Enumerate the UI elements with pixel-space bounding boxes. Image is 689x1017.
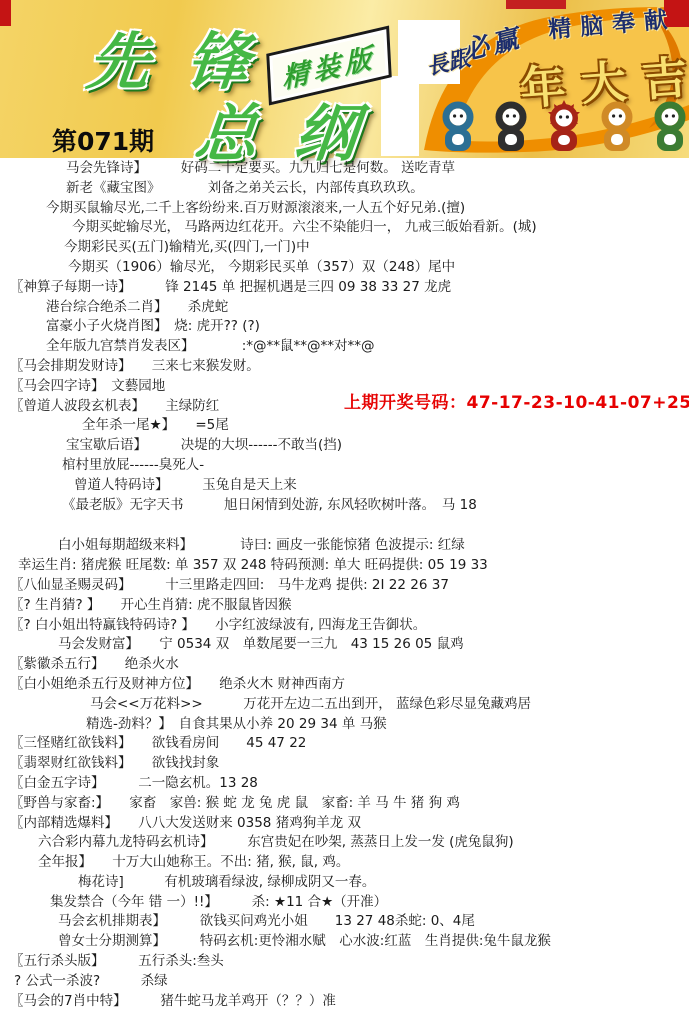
tips-text-block: 马会先锋诗】 好码二十定要买。九九归七是何数。 送吃青草 新老《藏宝图》 刘备之…: [10, 159, 689, 1011]
text-row: 宝宝歇后语】 决堤的大坝------不敢当(挡): [10, 436, 689, 456]
white-patch: [381, 76, 419, 156]
text-row: 今期买鼠输尽光,二千上客纷纷来.百万财源滚滚来,一人五个好兄弟.(擅): [10, 199, 689, 219]
text-row: 梅花诗] 有机玻璃看绿波, 绿柳成阴又一春。: [10, 873, 689, 893]
text-row: 六合彩内幕九龙特码玄机诗】 东宫贵妃在吵架, 蒸蒸日上发一发 (虎兔鼠狗): [10, 833, 689, 853]
header-banner: 先 锋 总 纲 精装版 長跟 必赢 精脑奉献 年大吉: [0, 0, 689, 158]
text-row: 〖内部精选爆料】 八八大发送财来 0358 猪鸡狗羊龙 双: [10, 814, 689, 834]
text-row: 集发禁合（今年 错 一）!!】 杀: ★11 合★（开准）: [10, 893, 689, 913]
mascot-row: [436, 100, 689, 154]
text-row: ? 公式一杀波? 杀绿: [10, 972, 689, 992]
text-row: 〖曾道人波段玄机表】 主绿防红: [10, 397, 689, 417]
text-row: 〖紫徽杀五行】 绝杀火水: [10, 655, 689, 675]
text-row: 曾道人特码诗】 玉兔自是天上来: [10, 476, 689, 496]
mascot-icon: [648, 100, 689, 154]
text-row: 马会<<万花料>> 万花开左边二五出到开， 蓝绿色彩尽显兔藏鸡居: [10, 695, 689, 715]
text-row: 棺村里放屁------臭死人-: [10, 456, 689, 476]
text-row: 白小姐每期超级来料】 诗曰: 画皮一张能惊猪 色波提示: 红绿: [10, 536, 689, 556]
text-row: 马会发财富】 宁 0534 双 单数尾要一三九 43 15 26 05 鼠鸡: [10, 635, 689, 655]
text-row: 〖白金五字诗】 二一隐玄机。13 28: [10, 774, 689, 794]
text-row: 精选-劲料？】 自食其果从小养 20 29 34 单 马猴: [10, 715, 689, 735]
text-row: 〖翡翠财红欲钱料】 欲钱找封象: [10, 754, 689, 774]
text-row: 〖五行杀头版】 五行杀头:叁头: [10, 952, 689, 972]
red-corner-mark: [506, 0, 566, 9]
text-row: 〖? 白小姐出特赢钱特码诗? 】 小字红波绿波有, 四海龙王告御状。: [10, 616, 689, 636]
text-row: 今期买（1906）输尽光， 今期彩民买单（357）双（248）尾中: [10, 258, 689, 278]
text-row: 〖? 生肖猜? 】 开心生肖猜: 虎不服鼠皆因猴: [10, 596, 689, 616]
issue-number: 第071期: [52, 122, 154, 158]
text-row: 〖马会排期发财诗】 三来七来猴发财。: [10, 357, 689, 377]
text-row: 〖白小姐绝杀五行及财神方位】 绝杀火木 财神西南方: [10, 675, 689, 695]
text-row: 〖八仙显圣赐灵码】 十三里路走四回: 马牛龙鸡 提供: 2I 22 26 37: [10, 576, 689, 596]
text-row: 《最老版》无字天书 旭日闲情到处游, 东风轻吹树叶落。 马 18: [10, 496, 689, 516]
text-row: 马会玄机排期表】 欲钱买问鸡光小姐 13 27 48杀蛇: 0、4尾: [10, 912, 689, 932]
text-row: 〖野兽与家畜:】 家畜 家兽: 猴 蛇 龙 兔 虎 鼠 家畜: 羊 马 牛 猪 …: [10, 794, 689, 814]
text-row: 港台综合绝杀二肖】 杀虎蛇: [10, 298, 689, 318]
text-row: 全年报】 十万大山她称王。不出: 猪, 猴, 鼠, 鸡。: [10, 853, 689, 873]
text-row: 全年杀一尾★】 =5尾: [10, 416, 689, 436]
text-row: 幸运生肖: 猪虎猴 旺尾数: 单 357 双 248 特码预测: 单大 旺码提供…: [10, 556, 689, 576]
text-row: 〖三怪赌红欲钱料】 欲钱看房间 45 47 22: [10, 734, 689, 754]
text-row: 今期彩民买(五门)输精光,买(四门,一门)中: [10, 238, 689, 258]
text-row: 富豪小子火烧肖图】 烧: 虎开?? (?): [10, 317, 689, 337]
mascot-icon: [542, 100, 586, 154]
text-row: 〖神算子每期一诗】 锋 2145 单 把握机遇是三四 09 38 33 27 龙…: [10, 278, 689, 298]
text-row: 〖马会四字诗】 文藝园地: [10, 377, 689, 397]
text-row: 全年版九宫禁肖发表区】 :*@**鼠**@**对**@: [10, 337, 689, 357]
mascot-icon: [436, 100, 480, 154]
text-row: 〖马会的7肖中特】 猪牛蛇马龙羊鸡开（？？）准: [10, 992, 689, 1012]
text-row: 曾女士分期测算】 特码玄机:更怜湘水赋 心水波:红蓝 生肖提供:兔牛鼠龙猴: [10, 932, 689, 952]
red-corner-mark: [0, 0, 11, 26]
text-row: 马会先锋诗】 好码二十定要买。九九归七是何数。 送吃青草: [10, 159, 689, 179]
mascot-icon: [595, 100, 639, 154]
text-row: 今期买蛇输尽光， 马路两边红花开。六尘不染能归一， 九戒三皈始看新。(城): [10, 218, 689, 238]
text-row: 新老《藏宝图》 刘备之弟关云长，内部传真玖玖玖。: [10, 179, 689, 199]
mascot-icon: [489, 100, 533, 154]
lottery-tip-sheet: 先 锋 总 纲 精装版 長跟 必赢 精脑奉献 年大吉: [0, 0, 689, 1017]
